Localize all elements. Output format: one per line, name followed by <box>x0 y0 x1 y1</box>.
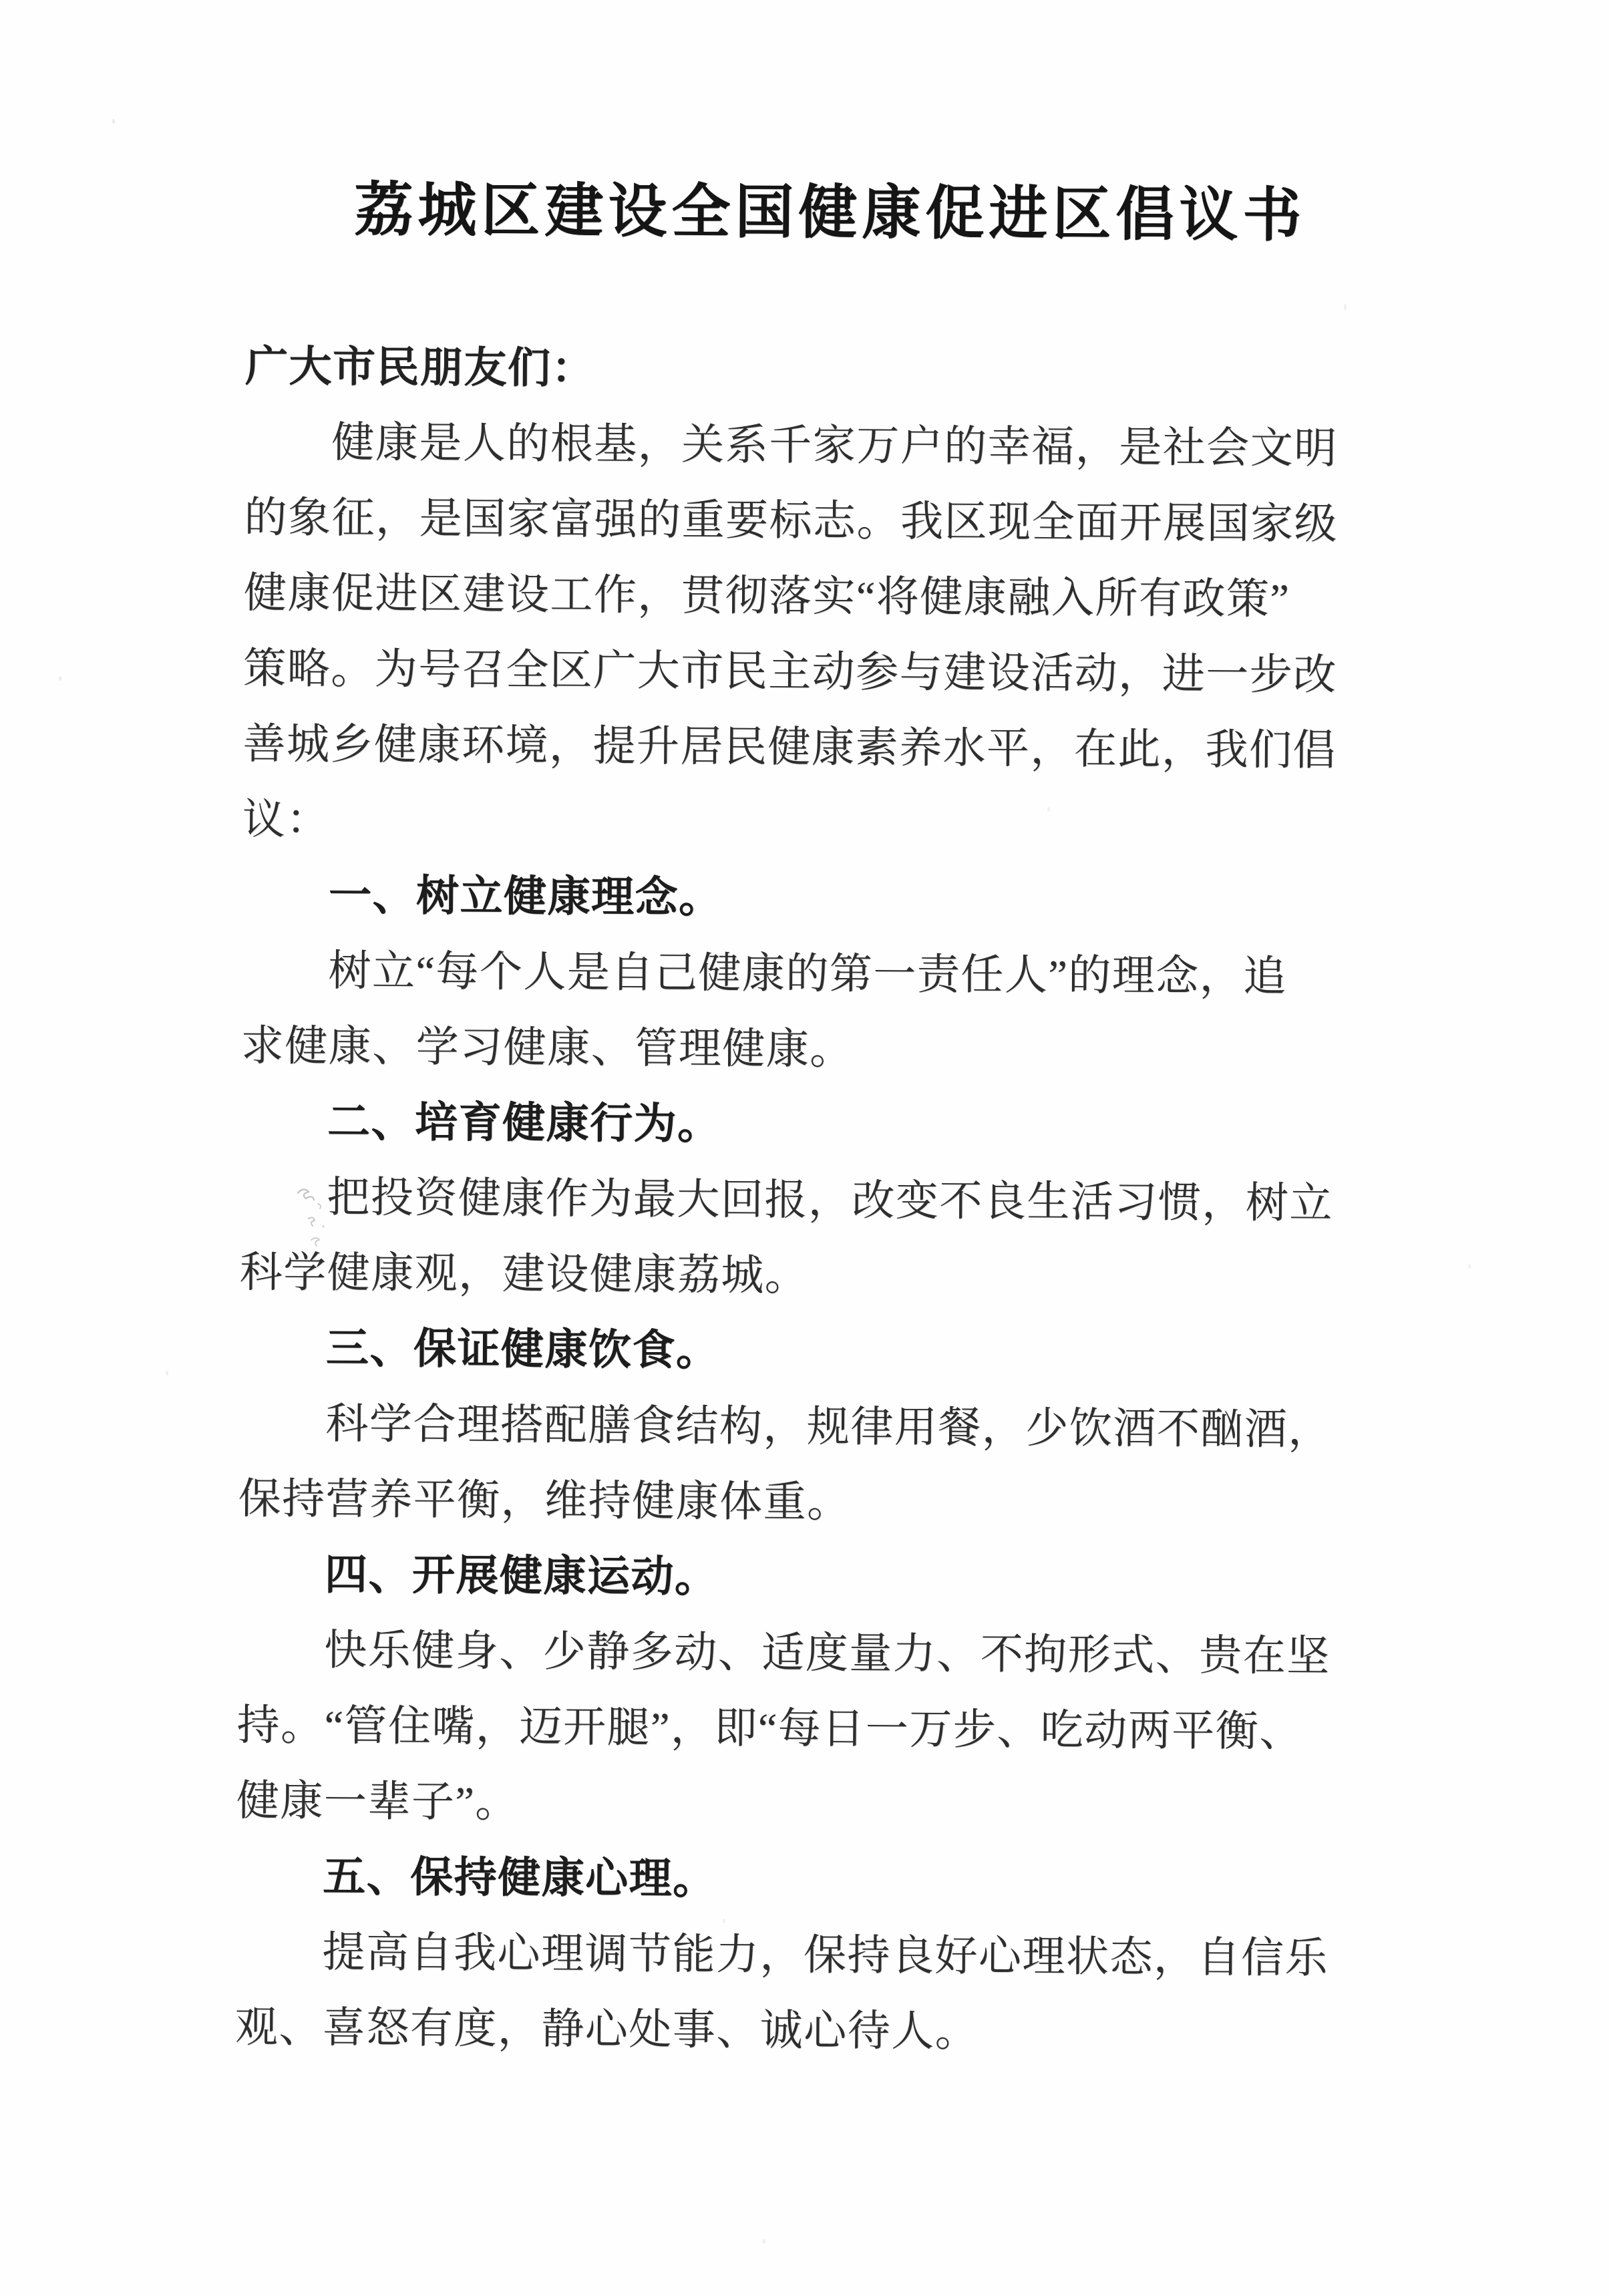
body-line: 快乐健身、少静多动、适度量力、不拘形式、贵在坚 <box>237 1612 1606 1696</box>
scan-speck <box>112 119 115 124</box>
body-line: 把投资健康作为最大回报，改变不良生活习惯，树立 <box>240 1159 1609 1243</box>
section-heading: 三、保证健康饮食。 <box>239 1310 1608 1394</box>
body-line: 提高自我心理调节能力，保持良好心理状态，自信乐 <box>235 1914 1604 1998</box>
body-line: 健康是人的根基，关系千家万户的幸福，是社会文明 <box>244 404 1609 488</box>
salutation: 广大市民朋友们： <box>245 329 1609 413</box>
body-line: 议： <box>242 782 1609 866</box>
body-line: 观、喜怒有度，静心处事、诚心待人。 <box>234 1989 1604 2074</box>
section-heading: 一、树立健康理念。 <box>242 857 1609 941</box>
document-body: 广大市民朋友们： 健康是人的根基，关系千家万户的幸福，是社会文明的象征，是国家富… <box>234 329 1609 2073</box>
scan-speck <box>763 2239 765 2244</box>
scan-speck <box>59 676 61 681</box>
section-heading: 四、开展健康运动。 <box>238 1536 1607 1621</box>
body-line: 求健康、学习健康、管理健康。 <box>240 1008 1609 1092</box>
scan-speck <box>1468 1264 1471 1269</box>
body-line: 策略。为号召全区广大市民主动参与建设活动，进一步改 <box>243 631 1609 715</box>
document-title: 荔城区建设全国健康促进区倡议书 <box>25 174 1609 254</box>
body-line: 善城乡健康环境，提升居民健康素养水平，在此，我们倡 <box>242 706 1609 790</box>
body-line: 保持营养平衡，维持健康体重。 <box>238 1461 1607 1545</box>
scan-speck <box>1047 807 1050 812</box>
scan-speck <box>723 1919 725 1923</box>
paragraph-lines: 健康是人的根基，关系千家万户的幸福，是社会文明的象征，是国家富强的重要标志。我区… <box>234 404 1609 2073</box>
document-sheet: 荔城区建设全国健康促进区倡议书 广大市民朋友们： 健康是人的根基，关系千家万户的… <box>0 0 1609 2073</box>
section-heading: 五、保持健康心理。 <box>236 1838 1605 1923</box>
body-line: 科学健康观，建设健康荔城。 <box>239 1235 1608 1319</box>
body-line: 健康一辈子”。 <box>236 1763 1606 1847</box>
body-line: 持。“管住嘴，迈开腿”，即“每日一万步、吃动两平衡、 <box>236 1687 1606 1772</box>
body-line: 树立“每个人是自己健康的第一责任人”的理念，追 <box>241 933 1609 1017</box>
scan-speck <box>1344 304 1347 311</box>
body-line: 的象征，是国家富强的重要标志。我区现全面开展国家级 <box>244 480 1609 564</box>
section-heading: 二、培育健康行为。 <box>240 1084 1609 1168</box>
body-line: 科学合理搭配膳食结构，规律用餐，少饮酒不酗酒， <box>238 1385 1608 1470</box>
scan-speck <box>166 1371 168 1375</box>
body-line: 健康促进区建设工作，贯彻落实“将健康融入所有政策” <box>244 555 1609 639</box>
scanned-document-page: 荔城区建设全国健康促进区倡议书 广大市民朋友们： 健康是人的根基，关系千家万户的… <box>0 0 1609 2296</box>
